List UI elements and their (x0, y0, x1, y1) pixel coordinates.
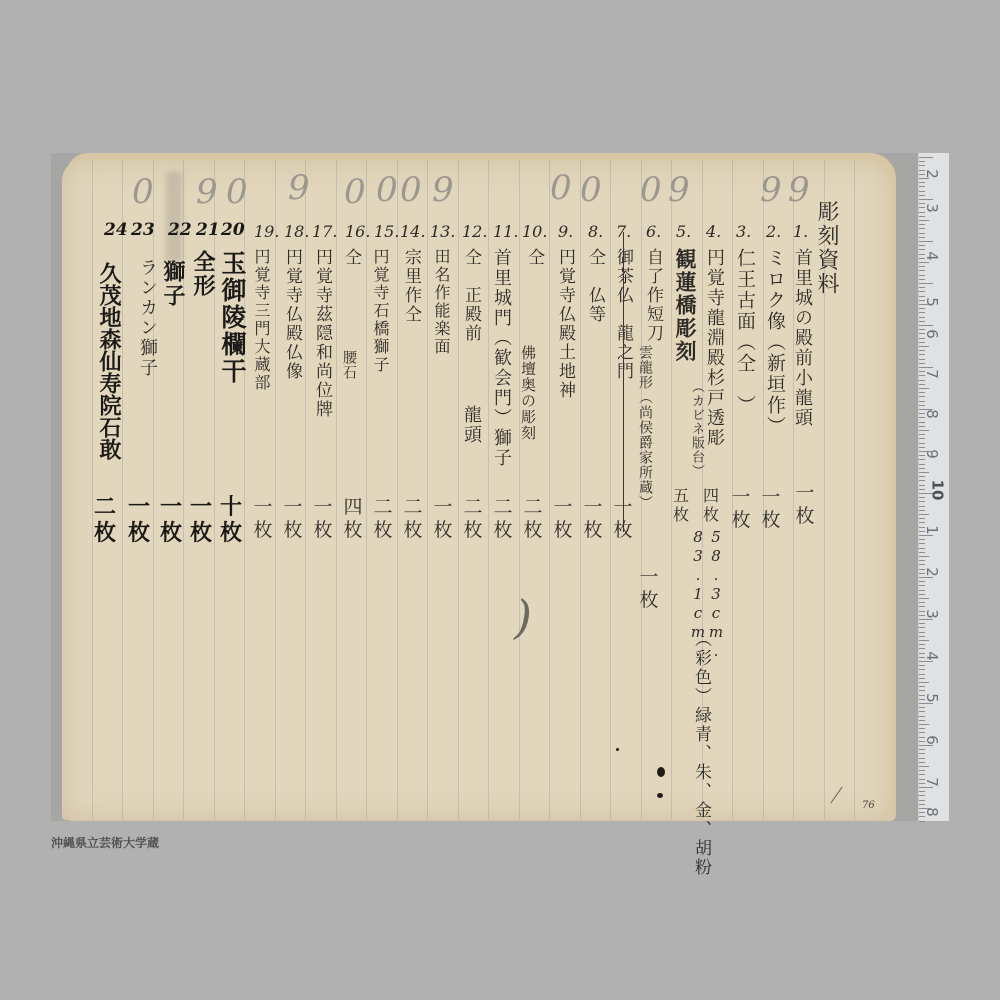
ruler-tick (919, 413, 925, 414)
ruler-tick (919, 619, 933, 620)
ruler-tick (919, 170, 925, 171)
ruler-tick (919, 636, 925, 637)
smudge (166, 172, 182, 262)
ruler-tick (919, 165, 925, 166)
ruler-tick (919, 749, 925, 750)
entry-text: 円覚寺仏殿土地神 (556, 248, 573, 400)
ink-spot (657, 767, 665, 777)
entry-note: 雲龍形（尚侯爵家所蔵） (638, 345, 652, 510)
entry-number: 1. (793, 222, 808, 241)
entry-number: 9. (558, 222, 573, 241)
ruler-tick (919, 161, 925, 162)
entry-number: 5. (676, 222, 691, 241)
ruler-tick (919, 405, 925, 406)
ruler-tick (919, 333, 925, 334)
ruler-tick (919, 598, 929, 599)
ruler-tick (919, 690, 925, 691)
ruler-tick (919, 661, 933, 662)
entry-text: 仝 (525, 248, 542, 267)
ruler-tick (919, 388, 929, 389)
ruler-tick (919, 594, 925, 595)
ruler-tick (919, 518, 925, 519)
ruler-tick (919, 220, 929, 221)
entry-text: ランカン獅子 (138, 258, 156, 378)
pen-line (623, 232, 624, 532)
ruler-tick (919, 514, 929, 515)
ruler-tick (919, 459, 925, 460)
pencil-mark: 9 (788, 170, 810, 210)
entry-count: 四枚 (340, 496, 366, 542)
ruler-tick (919, 644, 925, 645)
ruler-tick (919, 816, 925, 817)
ruler-tick (919, 711, 925, 712)
entry-text: 自了作短刀 (644, 248, 661, 343)
entry-count: 一枚 (430, 496, 456, 542)
pencil-mark: 9 (196, 172, 218, 212)
ruler-tick (919, 472, 929, 473)
ruler-tick (919, 455, 925, 456)
entry-count: 十枚 (218, 494, 244, 547)
ink-spot (657, 793, 663, 798)
page-number: 76 (862, 800, 875, 811)
ruler-tick (919, 384, 925, 385)
ruler-tick (919, 585, 925, 586)
ruler-tick (919, 640, 929, 641)
ruler-tick (919, 342, 925, 343)
entry-text: 円覚寺石橋獅子 (372, 248, 388, 374)
ruler-tick (919, 224, 925, 225)
ruler-tick (919, 800, 925, 801)
ruler-tick (919, 653, 925, 654)
ruler-tick (919, 317, 925, 318)
ruler-tick (919, 678, 925, 679)
ruler-tick (919, 611, 925, 612)
entry-text: 玉御陵欄干 (220, 250, 245, 385)
entry-count: 一枚 (580, 496, 606, 542)
entry-text: 首里城の殿前小龍頭 (793, 248, 811, 428)
entry-count: 一枚 (126, 494, 152, 547)
ruler-tick (919, 363, 925, 364)
entry-text: 田名作能楽面 (433, 248, 449, 356)
ruler-tick (919, 728, 925, 729)
entry-text: 仝 (342, 248, 359, 267)
ruler-tick (919, 354, 925, 355)
entry-count: 一枚 (310, 496, 336, 542)
ruler-tick (919, 447, 925, 448)
ruler-tick (919, 808, 929, 809)
entry-text: 獅子 (162, 260, 184, 308)
ruler-tick (919, 527, 925, 528)
ruler-tick (919, 556, 929, 557)
ruler-tick (919, 279, 925, 280)
entry-number: 19. (254, 222, 279, 241)
ruler-tick (919, 539, 925, 540)
ruler-tick (919, 573, 925, 574)
ruler-tick (919, 367, 933, 368)
ruler-tick (919, 241, 933, 242)
ruler-tick (919, 703, 933, 704)
ruler-tick (919, 308, 925, 309)
entry-count: 二枚 (92, 494, 118, 547)
ruler-tick (919, 552, 925, 553)
entry-count: 二枚 (460, 496, 486, 542)
entry-text: 円覚寺三門大蔵部 (253, 248, 269, 392)
ruler-tick (919, 375, 925, 376)
entry-count: 二枚 (520, 496, 546, 542)
entry-number: 8. (588, 222, 603, 241)
ruler-tick (919, 392, 925, 393)
ruler-tick (919, 157, 933, 158)
entry-text: 仁王古面（仝 ） (735, 248, 754, 416)
ruler-tick (919, 174, 925, 175)
entry-number: 14. (400, 222, 425, 241)
entry-number: 17. (312, 222, 337, 241)
ruler-tick (919, 485, 925, 486)
pencil-mark: 0 (640, 170, 662, 210)
pencil-mark: 9 (432, 170, 454, 210)
pencil-mark: ) (514, 590, 532, 644)
entry-number: 12. (462, 222, 487, 241)
entry-text: 仝 正殿前 (462, 248, 479, 343)
ruler-tick (919, 300, 925, 301)
entry-text: 全形 (192, 250, 214, 298)
ruler-tick (919, 569, 925, 570)
entry-count: 二枚 (400, 496, 426, 542)
ruler-tick (919, 438, 925, 439)
ruler-tick (919, 430, 929, 431)
ruler-tick (919, 548, 925, 549)
ruler-tick (919, 531, 925, 532)
ruler-tick (919, 783, 925, 784)
ruler-tick (919, 409, 933, 410)
entry-number: 22 (168, 220, 192, 240)
ruler-tick (919, 787, 933, 788)
ruler-tick (919, 233, 925, 234)
ruler-tick (919, 476, 925, 477)
ruler-tick (919, 296, 925, 297)
entry-count: 一枚 (280, 496, 306, 542)
ruler-tick (919, 522, 925, 523)
ruler-tick (919, 258, 925, 259)
ruler-tick (919, 283, 933, 284)
entry-number: 13. (430, 222, 455, 241)
pencil-mark: 0 (580, 170, 602, 210)
entry-text: 円覚寺茲隠和尚位牌 (313, 248, 330, 419)
ruler-tick (919, 821, 925, 822)
ruler-tick (919, 417, 925, 418)
entry-count: 一枚 (610, 496, 636, 542)
entry-text: 首里城門（歓会門）獅子 (492, 248, 510, 468)
ruler-tick (919, 489, 925, 490)
ruler-tick (919, 564, 925, 565)
ruler-tick (919, 199, 933, 200)
ruler-tick (919, 270, 925, 271)
ruler-tick (919, 506, 925, 507)
ruler-tick (919, 804, 925, 805)
entry-text: 宗里作仝 (402, 248, 419, 324)
entry-count: 一枚 (550, 496, 576, 542)
entry-text: 円覚寺仏殿仏像 (283, 248, 300, 381)
ruler-tick (919, 758, 925, 759)
entry-number: 3. (736, 222, 751, 241)
ruler-tick (919, 203, 925, 204)
pencil-mark: 0 (400, 170, 422, 210)
entry-note: 龍頭 (462, 405, 480, 445)
ruler-tick (919, 346, 929, 347)
ruler-tick (919, 422, 925, 423)
entry-count: 一枚 (250, 496, 276, 542)
pencil-mark: 0 (376, 170, 398, 210)
ruler-tick (919, 216, 925, 217)
ruler-tick (919, 741, 925, 742)
entry-note: 佛壇奥の彫刻 (520, 345, 535, 441)
ruler-tick (919, 686, 925, 687)
ink-spot (616, 748, 619, 751)
pencil-mark: 0 (132, 172, 154, 212)
ruler-tick (919, 287, 925, 288)
entry-number: 21 (196, 220, 220, 240)
ruler-tick (919, 195, 925, 196)
entry-number: 10. (522, 222, 547, 241)
entry-number: 18. (284, 222, 309, 241)
ruler-tick (919, 451, 933, 452)
ruler-tick (919, 606, 925, 607)
ruler-tick (919, 359, 925, 360)
ruler-tick (919, 732, 925, 733)
ruler-tick (919, 186, 925, 187)
pencil-mark: 0 (344, 172, 366, 212)
entry-note: （カビネ版台） (690, 380, 703, 478)
ruler-tick (919, 737, 925, 738)
ruler-tick (919, 434, 925, 435)
ruler-tick (919, 560, 925, 561)
ruler-tick (919, 510, 925, 511)
ruler-tick (919, 627, 925, 628)
pencil-mark: 9 (668, 170, 690, 210)
ruler-tick (919, 707, 925, 708)
ruler-tick (919, 493, 933, 494)
entry-note: 腰石 (342, 350, 356, 380)
ruler-tick (919, 304, 929, 305)
ruler-tick (919, 426, 925, 427)
ruler-tick (919, 321, 925, 322)
entry-count: 一枚 (158, 494, 184, 547)
ruler-tick (919, 615, 925, 616)
ruler-tick (919, 291, 925, 292)
document-title: 彫刻資料 (815, 200, 837, 296)
ruler-tick (919, 577, 933, 578)
ruler-tick (919, 501, 925, 502)
measuring-ruler: 2 3 4 5 6 7 8 9 10 1 2 3 4 5 6 7 8 (918, 153, 949, 821)
entry-number: 4. (706, 222, 721, 241)
ruler-tick (919, 254, 925, 255)
entry-count: 一枚 (792, 482, 818, 528)
entry-number: 15. (374, 222, 399, 241)
ruler-tick (919, 766, 929, 767)
ruler-tick (919, 535, 933, 536)
entry-text: 仝 仏等 (586, 248, 603, 324)
ruler-tick (919, 480, 925, 481)
entry-number: 6. (646, 222, 661, 241)
ruler-tick (919, 669, 925, 670)
ruler-tick (919, 812, 925, 813)
entry-number: 20 (221, 220, 245, 240)
ruler-tick (919, 657, 925, 658)
entry-number: 2. (766, 222, 781, 241)
ruler-tick (919, 753, 925, 754)
ruler-tick (919, 178, 929, 179)
ruler-tick (919, 648, 925, 649)
ruler-tick (919, 191, 925, 192)
ruler-tick (919, 791, 925, 792)
ruler-tick (919, 237, 925, 238)
ruler-tick (919, 682, 929, 683)
entry-count: 一枚 (188, 494, 214, 547)
ruler-tick (919, 275, 925, 276)
entry-count: 一枚 (728, 486, 754, 532)
ruler-tick (919, 338, 925, 339)
entry-text: 観蓮橋彫刻 (675, 248, 696, 363)
ruler-tick (919, 468, 925, 469)
entry-number: 11. (493, 222, 518, 241)
entry-number: 23 (131, 220, 155, 240)
entry-text: ミロク像（新垣作） (765, 248, 784, 437)
ruler-tick (919, 443, 925, 444)
entry-number: 16. (345, 222, 370, 241)
entry-count: 二枚 (490, 496, 516, 542)
ruler-tick (919, 543, 925, 544)
ruler-tick (919, 228, 925, 229)
ruler-tick (919, 724, 929, 725)
entry-count: 四枚 (698, 486, 724, 524)
ruler-tick (919, 623, 925, 624)
ruler-tick (919, 350, 925, 351)
ruler-tick (919, 674, 925, 675)
ruler-tick (919, 464, 925, 465)
collection-caption: 沖縄県立芸術大学蔵 (51, 834, 159, 851)
entry-count: 二枚 (370, 496, 396, 542)
entry-text: 円覚寺龍淵殿杉戸透彫 (705, 248, 723, 448)
ruler-tick (919, 249, 925, 250)
ruler-tick (919, 774, 925, 775)
ruler-tick (919, 182, 925, 183)
ruler-tick (919, 325, 933, 326)
entry-count: 一枚 (758, 486, 784, 532)
ruler-tick (919, 665, 925, 666)
color-note: （彩色）緑青、朱、金、胡粉 (692, 630, 709, 877)
ruler-tick (919, 795, 925, 796)
pencil-mark: 0 (226, 172, 248, 212)
entry-count: 一枚 (636, 566, 662, 612)
ruler-tick (919, 770, 925, 771)
ruler-tick (919, 371, 925, 372)
ruler-tick (919, 602, 925, 603)
ruler-tick (919, 632, 925, 633)
ruler-tick (919, 212, 925, 213)
ruler-tick (919, 581, 925, 582)
ruler-tick (919, 716, 925, 717)
ruler-tick (919, 590, 925, 591)
entry-count: 五枚 (668, 486, 694, 524)
entry-text: 久茂地森仙寿院石敢 (98, 262, 120, 460)
ruler-tick (919, 380, 925, 381)
pencil-mark: 9 (760, 170, 782, 210)
ruler-tick (919, 329, 925, 330)
entry-number: 24 (104, 220, 128, 240)
ruler-tick (919, 695, 925, 696)
ruler-tick (919, 262, 929, 263)
pencil-mark: 9 (288, 168, 310, 208)
pencil-mark: 0 (550, 168, 572, 208)
ruler-tick (919, 762, 925, 763)
ruler-tick (919, 745, 933, 746)
ruler-tick (919, 245, 925, 246)
ruler-tick (919, 720, 925, 721)
ruler-tick (919, 207, 925, 208)
ruler-tick (919, 266, 925, 267)
ruler-tick (919, 779, 925, 780)
ruler-tick (919, 401, 925, 402)
ruler-tick (919, 396, 925, 397)
ruler-tick (919, 699, 925, 700)
ruler-tick (919, 312, 925, 313)
ruler-tick (919, 497, 925, 498)
